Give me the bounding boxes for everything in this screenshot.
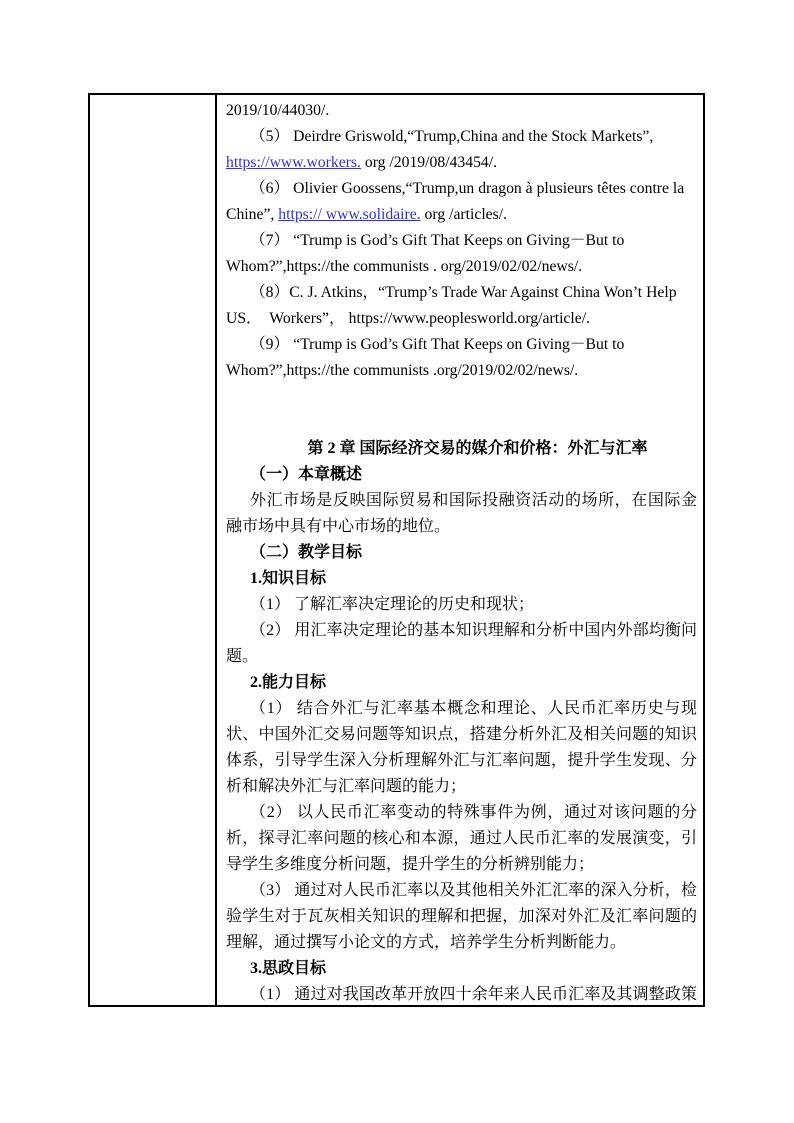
reference-8-line2: US． Workers”， https://www.peoplesworld.o… <box>226 306 697 332</box>
section-1-heading: （一）本章概述 <box>226 462 697 488</box>
reference-4-continuation: 2019/10/44030/. <box>226 98 697 124</box>
reference-6-pre: Chine”, <box>226 206 278 223</box>
ability-goal-3: （3） 通过对人民币汇率以及其他相关外汇汇率的深入分析，检验学生对于瓦灰相关知识… <box>226 878 697 956</box>
hyperlink-workers[interactable]: https://www.workers. <box>226 154 361 171</box>
reference-9-line2: Whom?”,https://the communists .org/2019/… <box>226 358 697 384</box>
reference-6-line2: Chine”, https:// www.solidaire. org /art… <box>226 202 697 228</box>
chapter-2-title: 第 2 章 国际经济交易的媒介和价格：外汇与汇率 <box>226 436 697 462</box>
ability-goals-heading: 2.能力目标 <box>226 670 697 696</box>
reference-6-line1: （6） Olivier Goossens,“Trump,un dragon à … <box>226 176 697 202</box>
knowledge-goals-heading: 1.知识目标 <box>226 566 697 592</box>
reference-9-line1: （9） “Trump is God’s Gift That Keeps on G… <box>226 332 697 358</box>
hyperlink-solidaire[interactable]: https:// www.solidaire. <box>278 206 420 223</box>
table-left-empty-cell <box>90 95 217 1005</box>
reference-5-line2: https://www.workers. org /2019/08/43454/… <box>226 150 697 176</box>
knowledge-goal-2: （2） 用汇率决定理论的基本知识理解和分析中国内外部均衡问题。 <box>226 618 697 670</box>
table-content-cell: 2019/10/44030/. （5） Deirdre Griswold,“Tr… <box>217 95 703 1005</box>
document-table: 2019/10/44030/. （5） Deirdre Griswold,“Tr… <box>88 93 705 1007</box>
blank-gap <box>226 384 697 436</box>
reference-7-line1: （7） “Trump is God’s Gift That Keeps on G… <box>226 228 697 254</box>
knowledge-goal-1: （1） 了解汇率决定理论的历史和现状； <box>226 592 697 618</box>
reference-5-url-tail: org /2019/08/43454/. <box>361 154 497 171</box>
ability-goal-2: （2） 以人民币汇率变动的特殊事件为例，通过对该问题的分析，探寻汇率问题的核心和… <box>226 800 697 878</box>
section-2-heading: （二）教学目标 <box>226 540 697 566</box>
overview-paragraph: 外汇市场是反映国际贸易和国际投融资活动的场所，在国际金融市场中具有中心市场的地位… <box>226 488 697 540</box>
ideology-goal-1: （1） 通过对我国改革开放四十余年来人民币汇率及其调整政策 <box>226 982 697 1005</box>
ideology-goals-heading: 3.思政目标 <box>226 956 697 982</box>
reference-6-url-tail: org /articles/. <box>421 206 507 223</box>
reference-5-line1: （5） Deirdre Griswold,“Trump,China and th… <box>226 124 697 150</box>
ability-goal-1: （1） 结合外汇与汇率基本概念和理论、人民币汇率历史与现状、中国外汇交易问题等知… <box>226 696 697 800</box>
reference-8-line1: （8）C. J. Atkins，“Trump’s Trade War Again… <box>226 280 697 306</box>
reference-7-line2: Whom?”,https://the communists . org/2019… <box>226 254 697 280</box>
